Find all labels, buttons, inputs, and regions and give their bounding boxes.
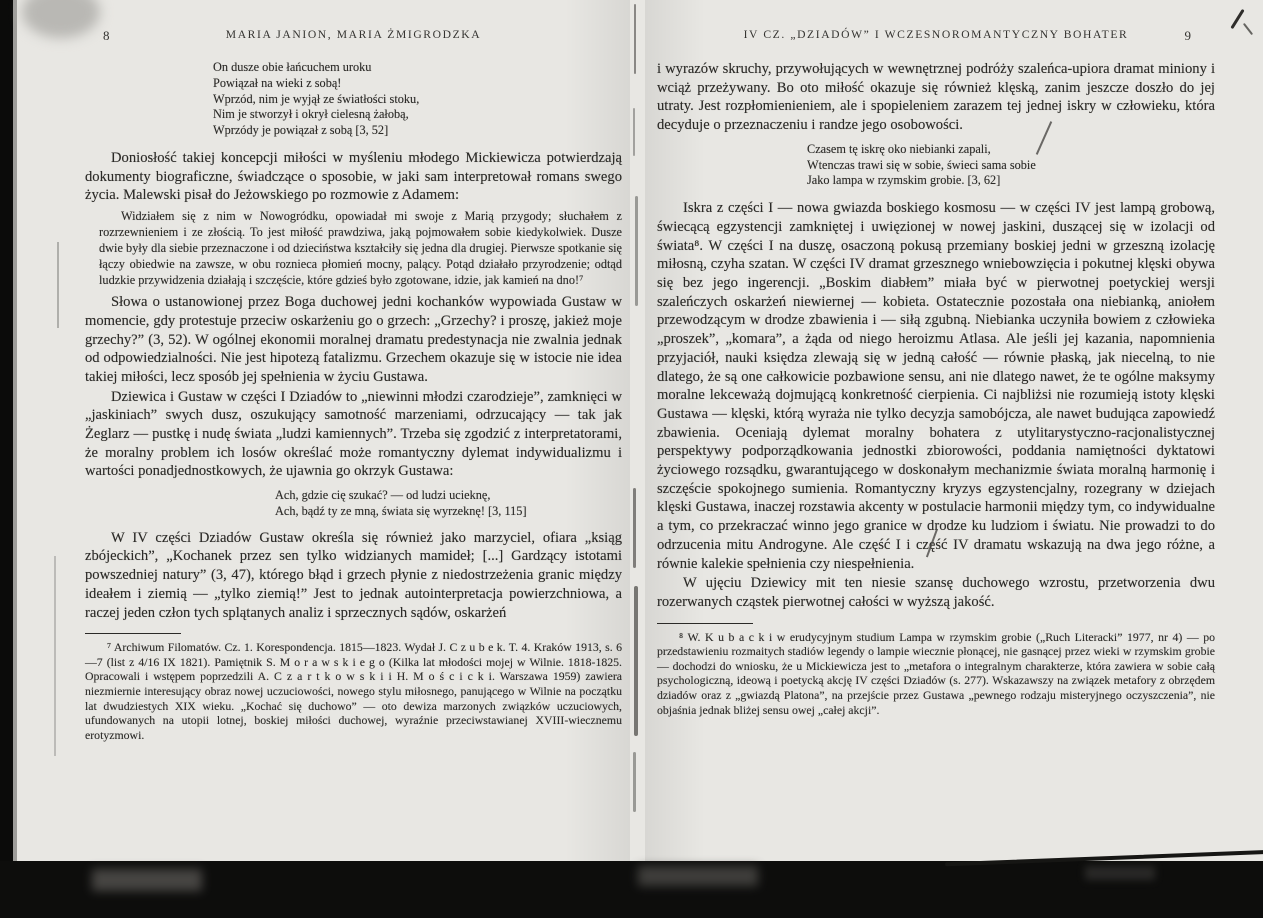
verse-line: Nim je stworzył i okrył cielesną żałobą, [213,107,622,123]
scan-edge-strip [13,0,17,866]
footnote-7: ⁷ Archiwum Filomatów. Cz. 1. Koresponden… [85,640,622,742]
paragraph: Dziewica i Gustaw w części I Dziadów to … [85,388,622,482]
page-right-header: IV CZ. „DZIADÓW” I WCZESNOROMANTYCZNY BO… [657,28,1215,44]
running-header-right: IV CZ. „DZIADÓW” I WCZESNOROMANTYCZNY BO… [657,28,1215,41]
verse-line: Ach, bądź ty ze mną, świata się wyrzeknę… [275,504,622,520]
book-scan: 8 MARIA JANION, MARIA ŻMIGRODZKA On dusz… [0,0,1263,918]
page-number-right: 9 [1185,28,1192,44]
running-header-left: MARIA JANION, MARIA ŻMIGRODZKA [85,28,622,41]
footnote-8: ⁸ W. K u b a c k i w erudycyjnym studium… [657,630,1215,718]
gutter-fold-mark [635,196,638,306]
letter-blockquote: Widziałem się z nim w Nowogródku, opowia… [99,208,622,288]
pencil-check-mark [1230,9,1244,29]
verse-line: On dusze obie łańcuchem uroku [213,60,622,76]
paragraph: i wyrazów skruchy, przywołujących w wewn… [657,60,1215,135]
page-right: IV CZ. „DZIADÓW” I WCZESNOROMANTYCZNY BO… [657,28,1215,717]
footnote-rule [657,623,753,624]
footnote-rule [85,633,181,634]
page-left-header: 8 MARIA JANION, MARIA ŻMIGRODZKA [85,28,622,44]
scan-smudge [92,869,202,891]
verse-line: Ach, gdzie cię szukać? — od ludzi uciekn… [275,488,622,504]
quoted-verse: Czasem tę iskrę oko niebianki zapali, Wt… [807,142,1215,189]
page-left: 8 MARIA JANION, MARIA ŻMIGRODZKA On dusz… [85,28,622,742]
gutter-fold-mark [634,4,636,74]
epigraph-verse: On dusze obie łańcuchem uroku Powiązał n… [213,60,622,139]
paragraph: Iskra z części I — nowa gwiazda boskiego… [657,199,1215,573]
paragraph: W ujęciu Dziewicy mit ten niesie szansę … [657,574,1215,611]
verse-line: Czasem tę iskrę oko niebianki zapali, [807,142,1215,158]
gutter-fold-mark [633,752,636,812]
gutter-fold-mark [633,108,635,156]
scan-smudge [1085,866,1155,880]
pencil-check-mark [1243,23,1253,35]
pencil-margin-mark [57,242,59,328]
paragraph: Doniosłość takiej koncepcji miłości w my… [85,149,622,205]
verse-line: Jako lampa w rzymskim grobie. [3, 62] [807,173,1215,189]
scan-edge-strip [0,0,13,866]
gutter-fold-mark [634,586,638,736]
verse-line: Wprzód, nim je wyjął ze światłości stoku… [213,92,622,108]
paragraph: Słowa o ustanowionej przez Boga duchowej… [85,293,622,387]
paragraph: W IV części Dziadów Gustaw określa się r… [85,529,622,623]
pencil-margin-mark [54,556,56,756]
verse-line: Wprzódy je powiązał z sobą [3, 52] [213,123,622,139]
page-number-left: 8 [103,28,110,44]
gutter-fold-mark [633,488,636,568]
verse-line: Wtenczas trawi się w sobie, świeci sama … [807,158,1215,174]
quoted-verse: Ach, gdzie cię szukać? — od ludzi uciekn… [275,488,622,520]
scan-smudge [638,866,758,886]
verse-line: Powiązał na wieki z sobą! [213,76,622,92]
